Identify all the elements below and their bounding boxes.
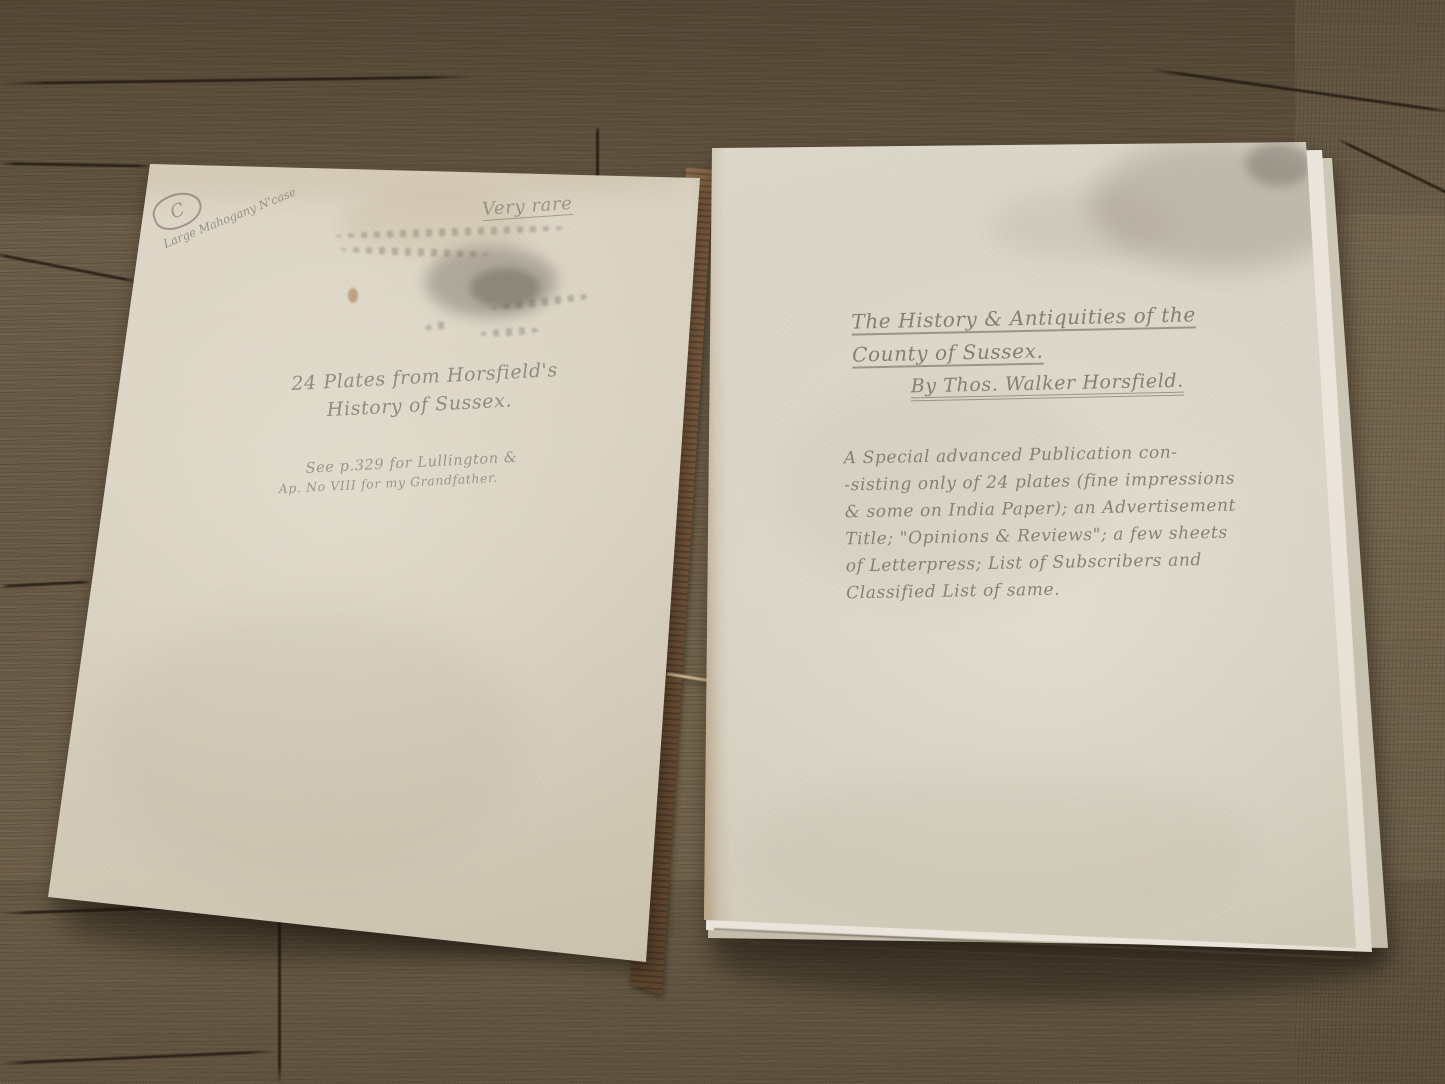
left-document-sheet: C Large Mahogany N'case Very rare 24 Pla…: [40, 140, 720, 980]
title-byline: By Thos. Walker Horsfield.: [910, 369, 1197, 397]
photograph-of-manuscripts: C Large Mahogany N'case Very rare 24 Pla…: [0, 0, 1445, 1084]
left-document: C Large Mahogany N'case Very rare 24 Pla…: [40, 140, 720, 980]
main-pencil-note: 24 Plates from Horsfield's History of Su…: [291, 359, 560, 423]
erased-pencil-marks: [480, 326, 540, 338]
paper-stain: [40, 154, 700, 200]
title-line: County of Sussex.: [852, 335, 1197, 366]
paper-toning: [750, 770, 1250, 930]
right-document-sheet: The History & Antiquities of the County …: [690, 130, 1410, 1020]
torn-gutter-edge: [697, 146, 732, 932]
erased-pencil-marks: [425, 320, 452, 332]
main-note-line: History of Sussex.: [326, 387, 560, 421]
handwritten-paragraph: A Special advanced Publication con- -sis…: [844, 439, 1238, 608]
body-line: Classified List of same.: [846, 574, 1238, 608]
right-document: The History & Antiquities of the County …: [690, 130, 1410, 1020]
paper-stain: [990, 190, 1170, 260]
paper-stain: [1246, 142, 1312, 186]
handwritten-title: The History & Antiquities of the County …: [851, 302, 1197, 398]
reference-pencil-note: See p.329 for Lullington & Ap. No VIII f…: [277, 450, 518, 497]
paper-toning: [100, 610, 520, 880]
corner-mark-letter: C: [167, 198, 188, 223]
title-line: The History & Antiquities of the: [851, 302, 1196, 333]
rust-spot: [348, 288, 358, 303]
